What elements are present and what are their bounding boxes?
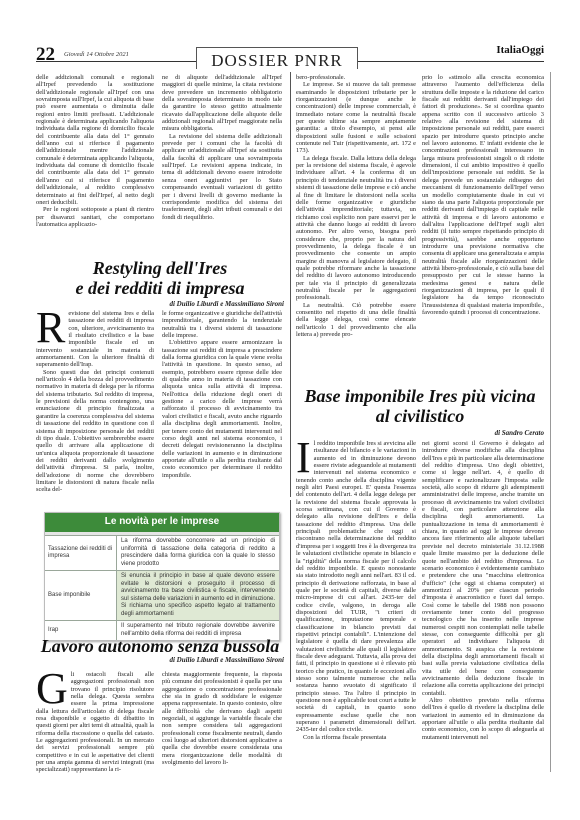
page-number: 22 [36, 44, 55, 66]
row-text: La riforma dovrebbe concorrere ad un pri… [117, 536, 279, 570]
row-text: Si enuncia il principio in base al quale… [117, 571, 279, 620]
row-label: Tassazione dei redditi di impresa [45, 536, 117, 570]
table-title: Le novità per le imprese [45, 513, 279, 535]
row-label: Base imponibile [45, 571, 117, 620]
table-row: Base imponibile Si enuncia il principio … [45, 570, 279, 620]
novita-table: Le novità per le imprese Tassazione dei … [44, 512, 280, 641]
base-col2: nei giorni scorsi il Governo è delegato … [422, 440, 544, 741]
paragraph: ne di aliquote dell'addizionale all'Irpe… [162, 74, 282, 133]
section-title: DOSSIER PNRR [196, 47, 358, 69]
column-divider-lower [290, 500, 291, 682]
dropcap: G [36, 672, 68, 706]
restyling-byline: di Duilio Liburdi e Massimiliano Sironi [36, 300, 284, 308]
paragraph: Sono questi due dei principi contenuti n… [36, 369, 154, 494]
paragraph: Per le regioni sottoposte a piani di rie… [36, 206, 154, 228]
paragraph: prio lo «stimolo alla crescita economica… [422, 74, 544, 316]
dropcap: R [36, 311, 65, 345]
right-col4: prio lo «stimolo alla crescita economica… [422, 74, 544, 316]
page-header: 22 Giovedì 14 Ottobre 2021 DOSSIER PNRR … [36, 0, 544, 64]
paragraph: delle addizionali comunali e regionali a… [36, 74, 154, 206]
paragraph: bero-professionale. [296, 74, 416, 81]
lavoro-col1: Gli ostacoli fiscali alle aggregazioni p… [36, 671, 154, 774]
right-edge-rule [550, 72, 551, 772]
top-article-col2: ne di aliquote dell'addizionale all'Irpe… [162, 74, 282, 221]
table-row: Tassazione dei redditi di impresa La rif… [45, 535, 279, 570]
paragraph: Le imprese. Se si muove da tali premesse… [296, 81, 416, 154]
paragraph: Con la riforma fiscale presentata [296, 734, 416, 741]
paragraph: Altro obiettivo previsto nella riforma d… [422, 697, 544, 741]
masthead-logo: ItaliaOggi [496, 44, 544, 56]
paragraph: chiesta maggiormente frequente, la rispo… [162, 671, 282, 766]
top-article-col1: delle addizionali comunali e regionali a… [36, 74, 154, 228]
base-headline: Base imponibile Ires più vicina al civil… [296, 386, 544, 426]
paragraph: La neutralità. Ciò potrebbe essere conse… [296, 302, 416, 339]
paragraph: La delega fiscale. Dalla lettura della d… [296, 155, 416, 302]
restyling-headline: Restyling dell'Ires e dei redditi di imp… [36, 258, 284, 298]
restyling-col2: le forme organizzative e giuridiche dell… [162, 310, 282, 479]
paragraph: L'obiettivo appare essere armonizzare la… [162, 339, 282, 479]
header-rule-left [36, 61, 196, 62]
lavoro-byline: di Duilio Liburdi e Massimiliano Sironi [36, 656, 284, 664]
lavoro-headline: Lavoro autonomo senza bussola [36, 636, 284, 656]
column-divider [290, 72, 291, 497]
header-rule-right [358, 61, 544, 62]
paragraph: le forme organizzative e giuridiche dell… [162, 310, 282, 339]
paragraph: La revisione del sistema delle addiziona… [162, 133, 282, 221]
lavoro-col2: chiesta maggiormente frequente, la rispo… [162, 671, 282, 766]
page-date: Giovedì 14 Ottobre 2021 [64, 51, 129, 58]
restyling-col1: Revisione del sistema Ires e della tassa… [36, 310, 154, 494]
base-col1: Il reddito imponibile Ires si avvicina a… [296, 440, 416, 741]
right-col3: bero-professionale. Le imprese. Se si mu… [296, 74, 416, 338]
dropcap: I [296, 441, 311, 475]
base-byline: di Sandro Cerato [296, 429, 544, 437]
paragraph: nei giorni scorsi il Governo è delegato … [422, 440, 544, 697]
